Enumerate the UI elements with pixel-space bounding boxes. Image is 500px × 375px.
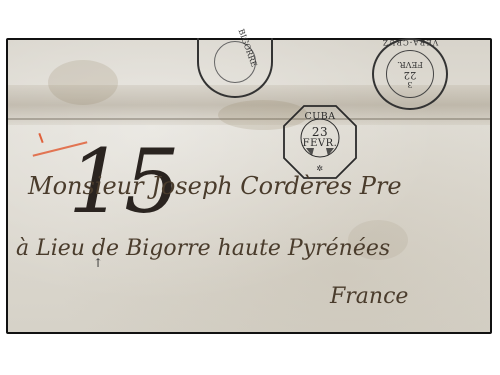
postmark-arc-text: VERA-CRUZ [374,38,446,46]
stain [48,60,118,105]
postmark-origin: CUBA [282,111,358,122]
cuba-octagonal-postmark: CUBA 23 FEVR. ✲ [282,104,358,180]
postmark-month: FEVR. [282,138,358,149]
postmark-day: 22 [374,69,446,80]
address-line-1: Monsieur Joseph Cordères Pre [28,172,402,200]
postmark-day: 23 [282,125,358,139]
address-line-2: à Lieu de Bigorre haute Pyrénées [16,236,390,261]
address-line-3: France [330,284,408,309]
veracruz-postmark: 3 22 FEVR. VERA-CRUZ [372,38,448,110]
postmark-year: 3 [374,80,446,88]
postmark-month: FEVR. [374,60,446,68]
